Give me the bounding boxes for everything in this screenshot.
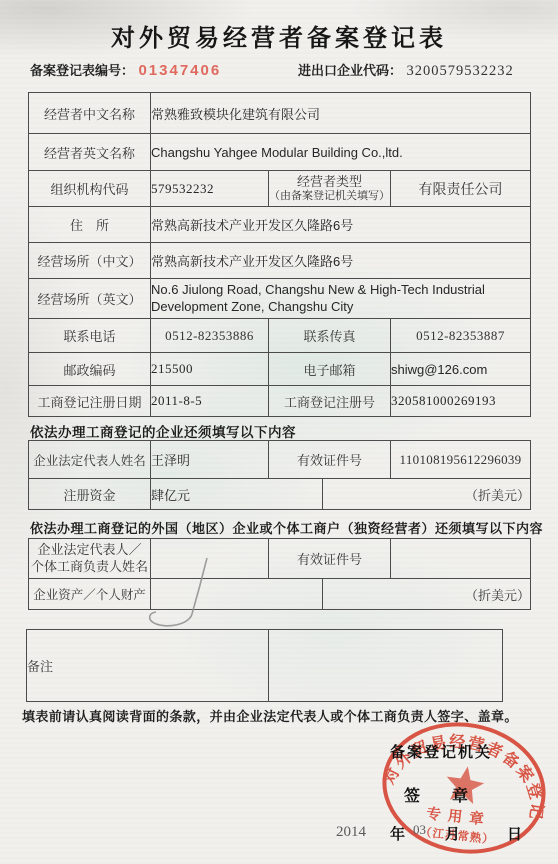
- id-number-label: 有效证件号: [269, 441, 391, 479]
- section2-header: 依法办理工商登记的企业还须填写以下内容: [30, 421, 296, 441]
- foreign-enterprise-table: 企业法定代表人／ 个体工商负责人姓名 有效证件号 企业资产／个人财产 （折美元）: [28, 538, 531, 610]
- operator-type-value: 有限责任公司: [391, 171, 531, 207]
- operator-info-table: 经营者中文名称 常熟雅致模块化建筑有限公司 经营者英文名称 Changshu Y…: [28, 92, 531, 417]
- reg-no-label: 工商登记注册号: [269, 386, 391, 417]
- table-row: 企业法定代表人姓名 王泽明 有效证件号 110108195612296039: [29, 441, 531, 479]
- table-row: 联系电话 0512-82353886 联系传真 0512-82353887: [29, 319, 531, 353]
- section3-header: 依法办理工商登记的外国（地区）企业或个体工商户（独资经营者）还须填写以下内容: [30, 518, 543, 537]
- address-label: 住 所: [29, 207, 151, 243]
- pen-stroke-mark: [120, 548, 250, 638]
- premises-en-label: 经营场所（英文）: [29, 279, 151, 319]
- fax-label: 联系传真: [269, 319, 391, 353]
- reg-date-label: 工商登记注册日期: [29, 386, 151, 417]
- legal-rep-label: 企业法定代表人姓名: [29, 441, 151, 479]
- form-number-label: 备案登记表编号：: [30, 63, 134, 78]
- assets-usd-note: （折美元）: [323, 579, 531, 610]
- table-row: 经营场所（英文） No.6 Jiulong Road, Changshu New…: [29, 279, 531, 319]
- table-row: 注册资金 肆亿元 （折美元）: [29, 479, 531, 510]
- foreign-id-value: [391, 539, 531, 579]
- cn-name-value: 常熟雅致模块化建筑有限公司: [151, 93, 531, 134]
- domestic-enterprise-table: 企业法定代表人姓名 王泽明 有效证件号 110108195612296039 注…: [28, 440, 531, 510]
- email-label: 电子邮箱: [269, 353, 391, 386]
- phone-value: 0512-82353886: [151, 319, 269, 353]
- capital-label: 注册资金: [29, 479, 151, 510]
- reg-date-value: 2011-8-5: [151, 386, 269, 417]
- table-row: 企业资产／个人财产 （折美元）: [29, 579, 531, 610]
- id-number-value: 110108195612296039: [391, 441, 531, 479]
- table-row: 邮政编码 215500 电子邮箱 shiwg@126.com: [29, 353, 531, 386]
- org-code-value: 579532232: [151, 171, 269, 207]
- enterprise-code-label: 进出口企业代码：: [298, 63, 402, 78]
- table-row: 工商登记注册日期 2011-8-5 工商登记注册号 32058100026919…: [29, 386, 531, 417]
- fax-value: 0512-82353887: [391, 319, 531, 353]
- en-name-label: 经营者英文名称: [29, 134, 151, 171]
- operator-type-label-line2: （由备案登记机关填写）: [269, 190, 390, 204]
- postcode-label: 邮政编码: [29, 353, 151, 386]
- table-row: 企业法定代表人／ 个体工商负责人姓名 有效证件号: [29, 539, 531, 579]
- remarks-content-cell: [269, 630, 503, 702]
- table-row: 经营者中文名称 常熟雅致模块化建筑有限公司: [29, 93, 531, 134]
- postcode-value: 215500: [151, 353, 269, 386]
- table-row: 经营场所（中文） 常熟高新技术产业开发区久隆路6号: [29, 243, 531, 279]
- remarks-table: 备注: [26, 629, 503, 702]
- remarks-label-cell: 备注: [27, 630, 269, 702]
- en-name-value: Changshu Yahgee Modular Building Co.,ltd…: [151, 134, 531, 171]
- date-month-value: 03: [413, 822, 426, 838]
- operator-type-label-line1: 经营者类型: [269, 174, 390, 190]
- remarks-label: 备注: [27, 659, 53, 674]
- form-number-value: 01347406: [138, 62, 221, 79]
- enterprise-code-value: 3200579532232: [406, 63, 513, 79]
- authority-label: 备案登记机关: [390, 741, 492, 762]
- enterprise-code-row: 进出口企业代码： 3200579532232: [298, 60, 514, 80]
- email-value: shiwg@126.com: [391, 353, 531, 386]
- registration-form-page: 对外贸易经营者备案登记表 备案登记表编号： 01347406 进出口企业代码： …: [0, 0, 558, 864]
- reg-no-value: 320581000269193: [391, 386, 531, 417]
- date-year-value: 2014: [336, 824, 366, 841]
- capital-usd-note: （折美元）: [323, 479, 531, 510]
- foreign-id-label: 有效证件号: [269, 539, 391, 579]
- page-title: 对外贸易经营者备案登记表: [0, 18, 558, 53]
- date-month-unit: 月: [445, 823, 460, 844]
- premises-cn-value: 常熟高新技术产业开发区久隆路6号: [151, 243, 531, 279]
- premises-cn-label: 经营场所（中文）: [29, 243, 151, 279]
- sign-stamp-label: 签 章: [404, 783, 476, 806]
- table-row: 住 所 常熟高新技术产业开发区久隆路6号: [29, 207, 531, 243]
- address-value: 常熟高新技术产业开发区久隆路6号: [151, 207, 531, 243]
- table-row: 备注: [27, 630, 503, 702]
- date-year-unit: 年: [390, 823, 405, 844]
- table-row: 组织机构代码 579532232 经营者类型 （由备案登记机关填写） 有限责任公…: [29, 171, 531, 207]
- capital-value: 肆亿元: [151, 479, 323, 510]
- date-day-unit: 日: [507, 823, 522, 844]
- phone-label: 联系电话: [29, 319, 151, 353]
- premises-en-value: No.6 Jiulong Road, Changshu New & High-T…: [151, 279, 531, 319]
- operator-type-label: 经营者类型 （由备案登记机关填写）: [269, 171, 391, 207]
- org-code-label: 组织机构代码: [29, 171, 151, 207]
- cn-name-label: 经营者中文名称: [29, 93, 151, 134]
- table-row: 经营者英文名称 Changshu Yahgee Modular Building…: [29, 134, 531, 171]
- form-number-row: 备案登记表编号： 01347406: [30, 60, 221, 80]
- legal-rep-value: 王泽明: [151, 441, 269, 479]
